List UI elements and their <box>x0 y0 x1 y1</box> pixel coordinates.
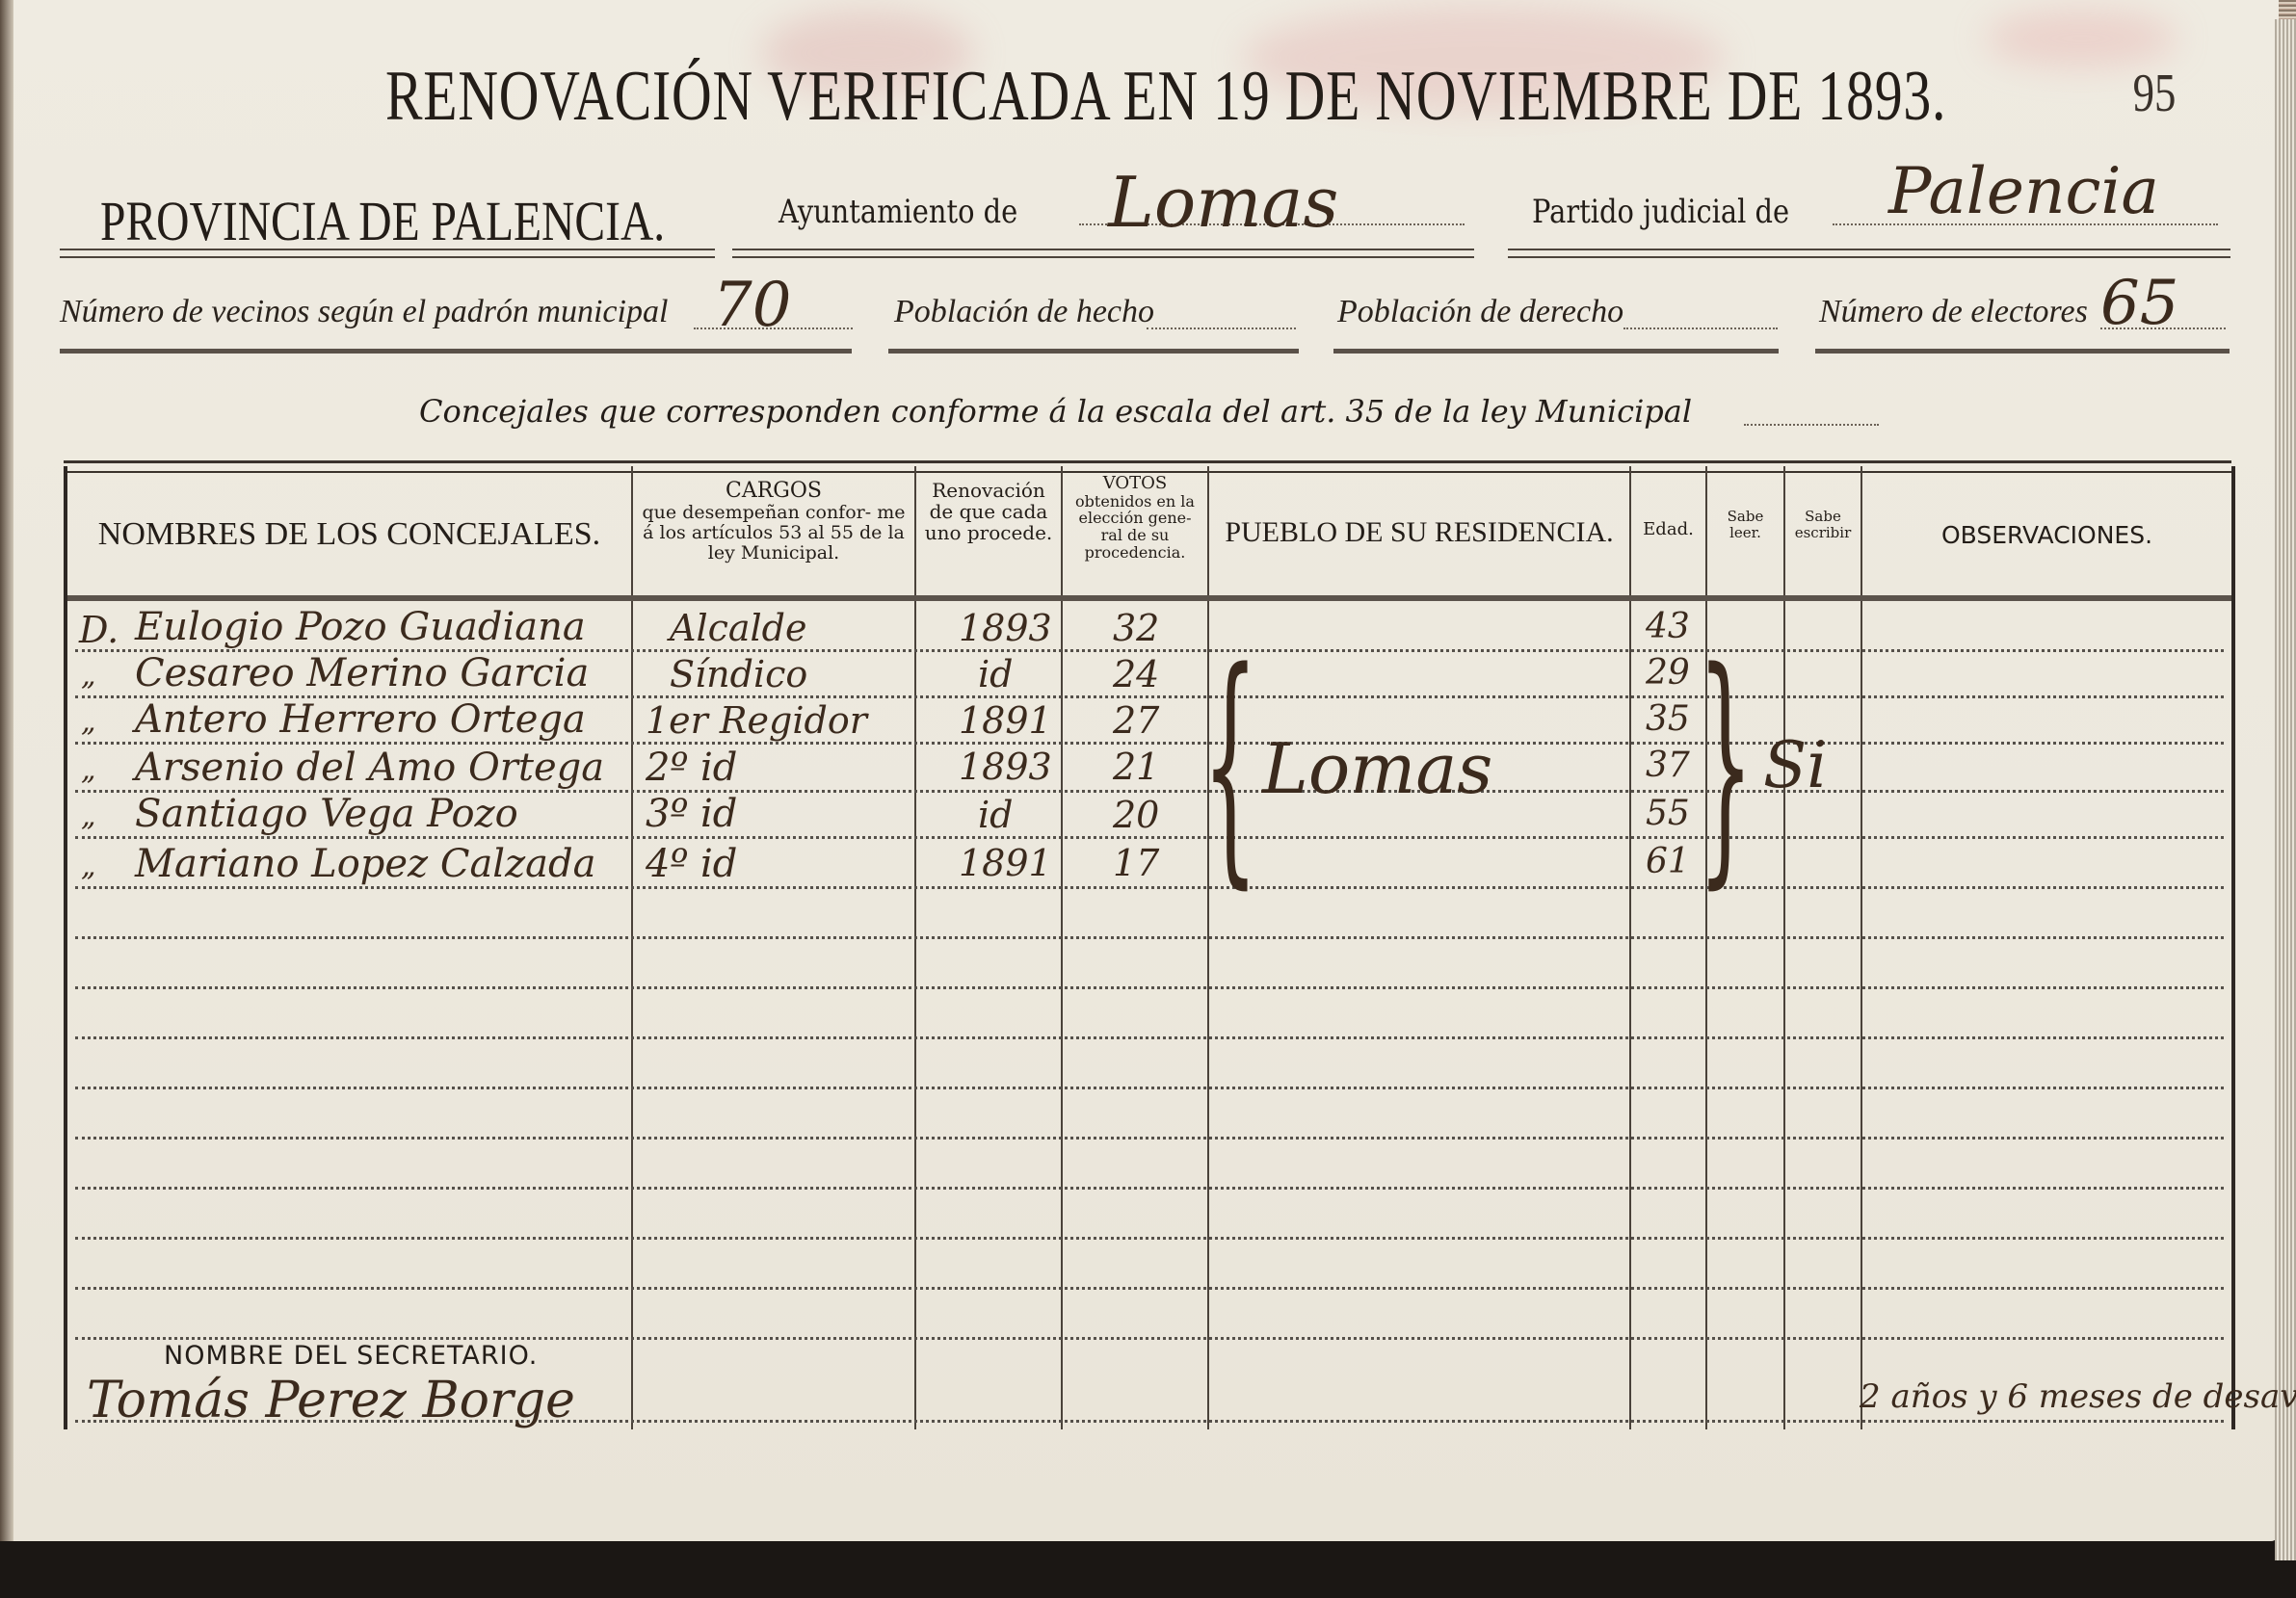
row-line <box>75 1337 2224 1340</box>
col-divider <box>914 466 916 1429</box>
vecinos-value: 70 <box>713 270 791 341</box>
renovacion: 1893 <box>959 607 1052 649</box>
divider <box>60 349 852 354</box>
concejal-name: Cesareo Merino Garcia <box>135 651 589 695</box>
col-divider <box>1861 466 1862 1429</box>
row-line <box>75 1036 2224 1039</box>
header-votos: VOTOS obtenidos en la elección gene- ral… <box>1063 474 1207 561</box>
ayuntamiento-label: Ayuntamiento de <box>779 193 1017 231</box>
col-divider <box>1629 466 1631 1429</box>
renovacion: 1893 <box>959 746 1052 788</box>
grouping-brace: } <box>1698 640 1754 890</box>
observacion-note: 2 años y 6 meses de desavío <box>1860 1377 2296 1416</box>
row-line <box>75 1287 2224 1290</box>
votos: 17 <box>1113 842 1159 884</box>
col-divider <box>1705 466 1707 1429</box>
header-cargos-title: CARGOS <box>633 480 914 503</box>
edad: 55 <box>1646 794 1690 833</box>
header-pueblo: PUEBLO DE SU RESIDENCIA. <box>1209 516 1629 548</box>
row-line <box>75 1137 2224 1140</box>
page-number: 95 <box>2133 63 2177 124</box>
row-line <box>75 886 2224 889</box>
secretario-label: NOMBRE DEL SECRETARIO. <box>164 1341 538 1371</box>
concejal-name: Mariano Lopez Calzada <box>135 842 595 886</box>
vecinos-label: Número de vecinos según el padrón munici… <box>60 294 668 330</box>
cargo: Síndico <box>670 653 807 695</box>
row-line <box>75 936 2224 939</box>
col-divider <box>631 466 633 1429</box>
header-edad: Edad. <box>1631 520 1705 539</box>
row-line <box>75 836 2224 839</box>
row-prefix: „ <box>81 705 96 739</box>
cargo: 3º id <box>646 792 737 836</box>
electores-label: Número de electores <box>1819 294 2088 330</box>
header-observaciones: OBSERVACIONES. <box>1862 522 2231 549</box>
row-line <box>75 1237 2224 1240</box>
renovacion: 1891 <box>959 842 1052 884</box>
cargo: Alcalde <box>670 607 807 649</box>
header-cargos-sub: que desempeñan confor- me á los artículo… <box>633 503 914 563</box>
edad: 35 <box>1646 699 1690 739</box>
partido-label: Partido judicial de <box>1532 193 1789 231</box>
row-line <box>75 1187 2224 1190</box>
renovacion: 1891 <box>959 699 1052 742</box>
row-prefix: „ <box>81 799 96 833</box>
row-line <box>75 742 2224 745</box>
poblacion-hecho-field <box>1147 327 1296 329</box>
poblacion-derecho-label: Población de derecho <box>1337 294 1623 330</box>
divider <box>888 349 1299 354</box>
divider <box>732 249 1474 258</box>
header-votos-title: VOTOS <box>1063 474 1207 493</box>
renovacion: id <box>978 794 1013 836</box>
poblacion-derecho-field <box>1623 327 1778 329</box>
header-renovacion: Renovación de que cada uno procede. <box>916 480 1061 543</box>
secretario-signature: Tomás Perez Borge <box>87 1372 575 1429</box>
col-divider <box>1207 466 1209 1429</box>
header-bottom-rule <box>67 595 2231 601</box>
edad: 37 <box>1646 746 1690 785</box>
sabe-leer-escribir: Si <box>1763 728 1827 802</box>
divider <box>1508 249 2230 258</box>
votos: 21 <box>1113 746 1159 788</box>
col-divider <box>1061 466 1063 1429</box>
votos: 24 <box>1113 653 1159 695</box>
row-line <box>75 986 2224 989</box>
header-votos-sub: obtenidos en la elección gene- ral de su… <box>1063 493 1207 561</box>
row-prefix: „ <box>81 659 96 693</box>
concejales-table: NOMBRES DE LOS CONCEJALES. CARGOS que de… <box>64 466 2235 1429</box>
row-prefix: „ <box>81 850 96 883</box>
page-stack-edge <box>2275 19 2296 1560</box>
row-prefix: D. <box>79 609 119 651</box>
concejal-name: Arsenio del Amo Ortega <box>135 746 604 790</box>
ayuntamiento-value: Lomas <box>1108 162 1338 243</box>
concejal-name: Eulogio Pozo Guadiana <box>135 605 586 649</box>
page-title: RENOVACIÓN VERIFICADA EN 19 DE NOVIEMBRE… <box>385 56 1946 138</box>
renovacion: id <box>978 653 1013 695</box>
concejal-name: Antero Herrero Ortega <box>135 697 586 742</box>
row-line <box>75 1087 2224 1089</box>
pueblo-residencia: Lomas <box>1262 728 1492 809</box>
header-cargos: CARGOS que desempeñan confor- me á los a… <box>633 480 914 563</box>
cargo: 4º id <box>646 842 737 886</box>
header-sabe-leer: Sabe leer. <box>1707 509 1783 540</box>
header-sabe-escribir: Sabe escribir <box>1785 509 1861 540</box>
partido-value: Palencia <box>1888 154 2159 228</box>
province-label: PROVINCIA DE PALENCIA. <box>100 189 665 253</box>
divider <box>1815 349 2230 354</box>
header-nombres: NOMBRES DE LOS CONCEJALES. <box>67 516 631 552</box>
concejal-name: Santiago Vega Pozo <box>135 792 518 836</box>
electores-value: 65 <box>2100 268 2178 339</box>
votos: 32 <box>1113 607 1159 649</box>
edad: 43 <box>1646 607 1690 646</box>
caption-line <box>1744 424 1879 426</box>
edad: 29 <box>1646 653 1690 693</box>
poblacion-hecho-label: Población de hecho <box>894 294 1154 330</box>
divider <box>60 249 715 258</box>
edad: 61 <box>1646 842 1690 881</box>
concejales-caption: Concejales que corresponden conforme á l… <box>419 393 1692 430</box>
col-divider <box>1783 466 1785 1429</box>
grouping-brace: { <box>1202 640 1258 890</box>
row-prefix: „ <box>81 753 96 787</box>
votos: 20 <box>1113 794 1159 836</box>
page-binding-edge <box>0 0 13 1541</box>
cargo: 1er Regidor <box>646 699 867 742</box>
stain <box>1985 10 2177 67</box>
divider <box>1333 349 1779 354</box>
votos: 27 <box>1113 699 1159 742</box>
cargo: 2º id <box>646 746 737 790</box>
